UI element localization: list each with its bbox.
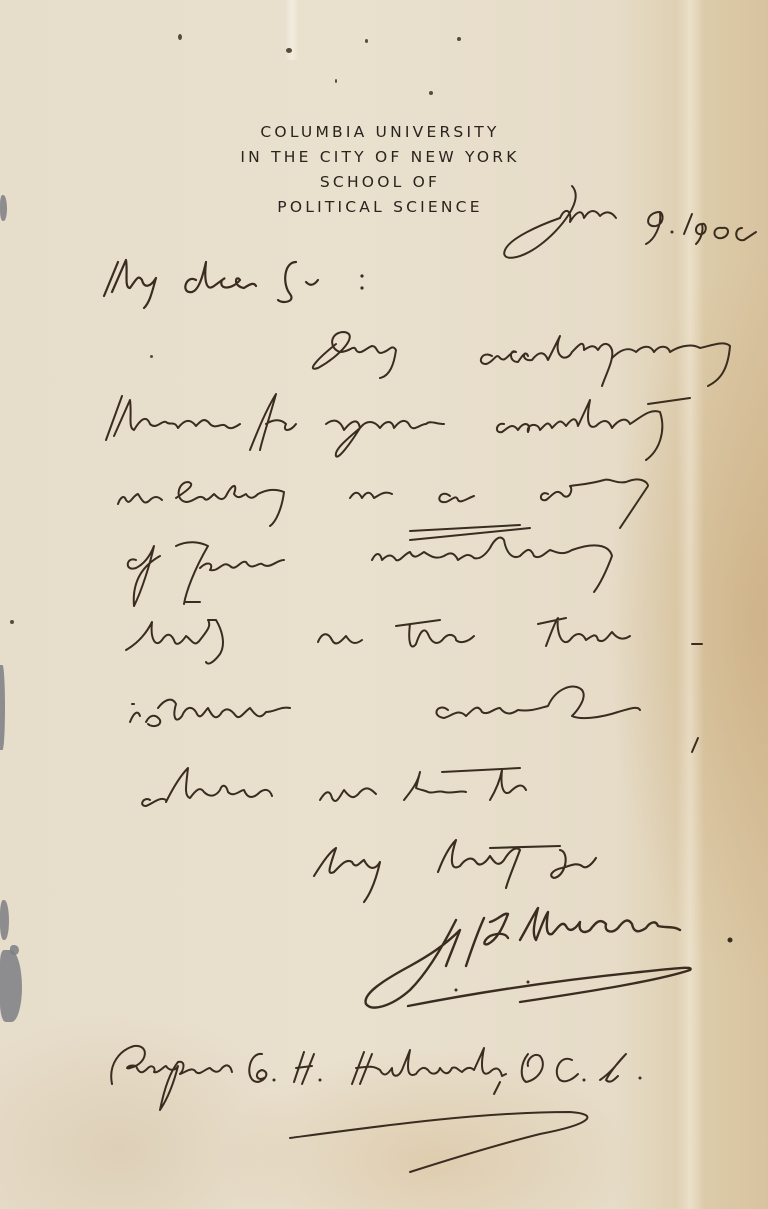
handwriting: [0, 0, 768, 1209]
handwritten-line: [128, 525, 612, 606]
handwritten-line: [106, 394, 662, 460]
handwritten-line: [126, 618, 702, 664]
handwritten-recipient: [111, 1046, 641, 1172]
handwritten-line: [130, 687, 698, 752]
handwritten-salutation: [104, 260, 364, 308]
handwritten-line: [313, 332, 730, 404]
handwritten-line: [142, 768, 526, 806]
handwritten-date: [504, 186, 756, 258]
handwritten-line: [118, 479, 648, 540]
handwritten-signature: [366, 908, 733, 1008]
handwritten-closing: [314, 840, 596, 902]
letter-page: COLUMBIA UNIVERSITY IN THE CITY OF NEW Y…: [0, 0, 768, 1209]
